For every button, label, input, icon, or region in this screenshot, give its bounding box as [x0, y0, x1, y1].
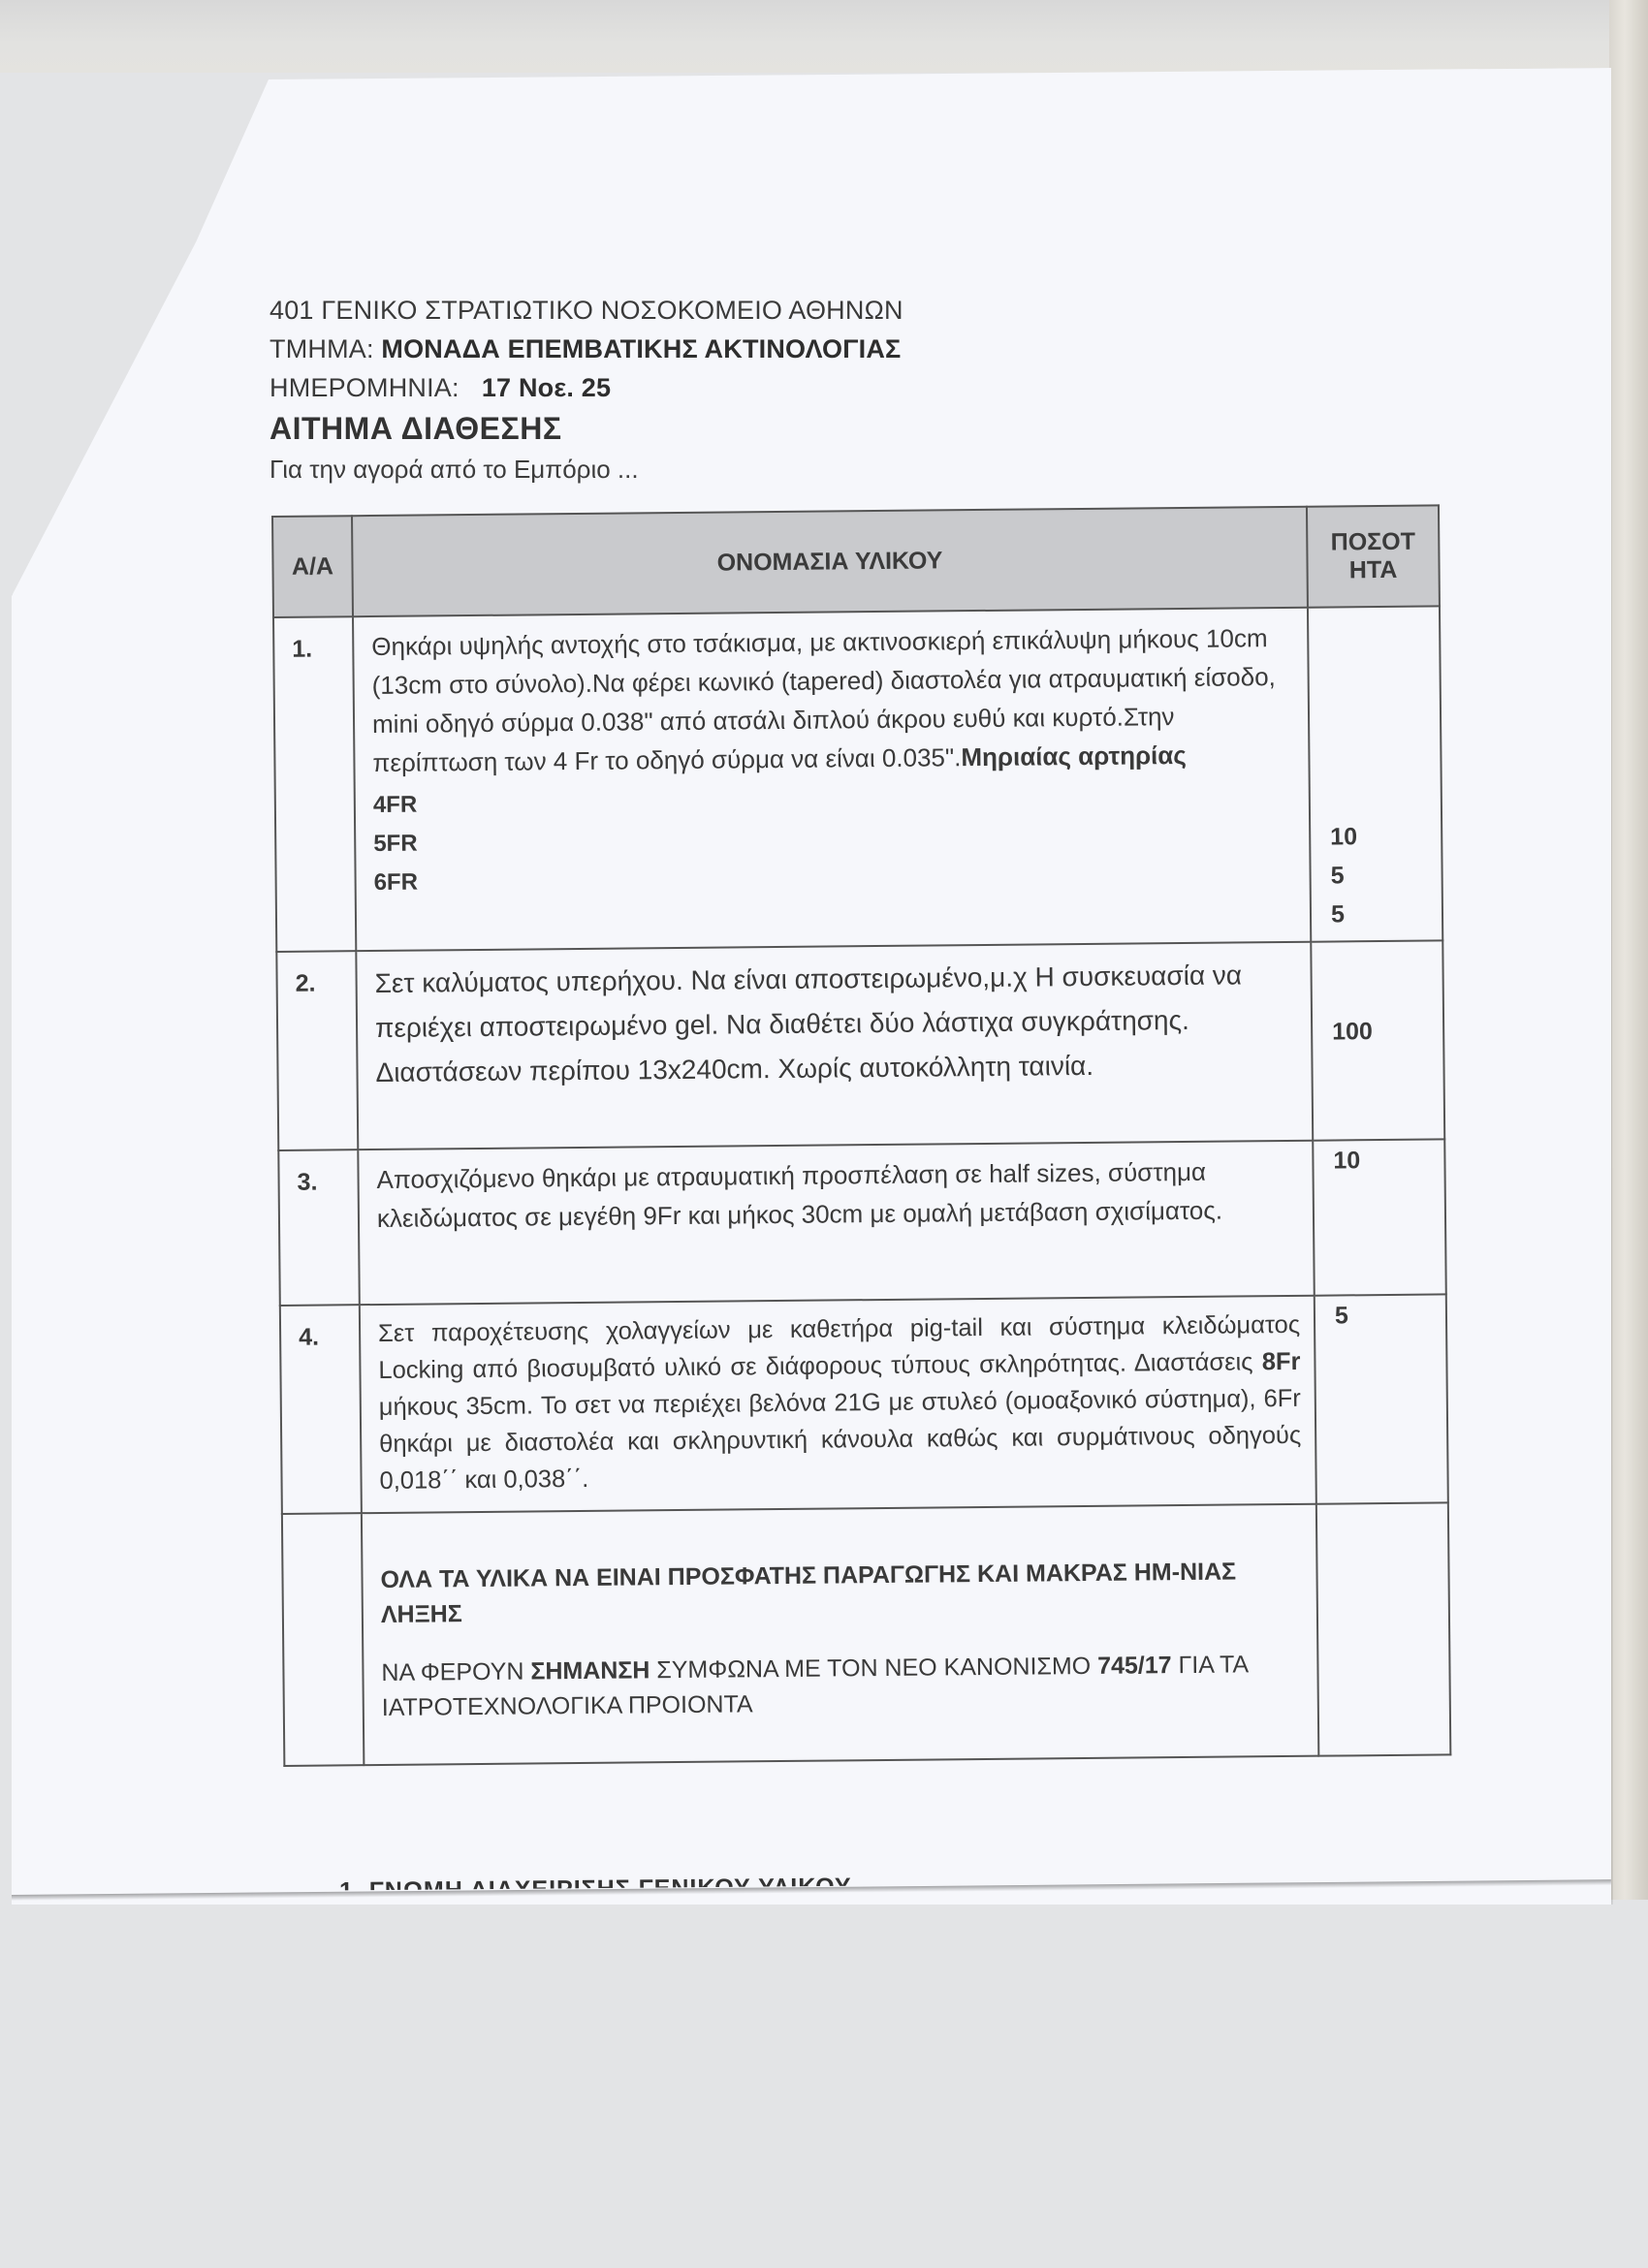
table-header-row: Α/Α ΟΝΟΜΑΣΙΑ ΥΛΙΚΟΥ ΠΟΣΟΤ ΗΤΑ	[272, 505, 1440, 617]
quantity-item: 5	[1331, 894, 1442, 933]
header-quantity-line2: ΗΤΑ	[1309, 555, 1437, 584]
description-bold: 8Fr	[1262, 1348, 1301, 1375]
document-header: 401 ΓΕΝΙΚΟ ΣΤΡΑΤΙΩΤΙΚΟ ΝΟΣΟΚΟΜΕΙΟ ΑΘΗΝΩΝ…	[269, 291, 903, 488]
table-row: 3. Αποσχιζόμενο θηκάρι με ατραυματική πρ…	[278, 1139, 1445, 1306]
document-subtitle: Για την αγορά από το Εμπόριο ...	[269, 450, 903, 488]
header-quantity-line1: ΠΟΣΟΤ	[1309, 527, 1437, 556]
labeling-note: ΝΑ ΦΕΡΟΥΝ ΣΗΜΑΝΣΗ ΣΥΜΦΩΝΑ ΜΕ ΤΟΝ ΝΕΟ ΚΑΝ…	[381, 1647, 1304, 1725]
table-row: 2. Σετ καλύματος υπερήχου. Να είναι αποσ…	[276, 940, 1444, 1150]
date-label: ΗΜΕΡΟΜΗΝΙΑ:	[269, 373, 460, 402]
description-text: μήκους 35cm. Το σετ να περιέχει βελόνα 2…	[379, 1385, 1302, 1495]
size-item: 6FR	[373, 855, 1295, 902]
scanner-background-top	[0, 0, 1648, 73]
date-line: ΗΜΕΡΟΜΗΝΙΑ: 17 Νοε. 25	[269, 368, 903, 407]
note-bold: 745/17	[1097, 1652, 1172, 1680]
table-row: 4. Σετ παροχέτευσης χολαγγείων με καθετή…	[280, 1294, 1448, 1514]
scanner-background-right	[1609, 0, 1648, 1900]
quantity-value: 100	[1332, 1017, 1442, 1046]
description-text: Σετ παροχέτευσης χολαγγείων με καθετήρα …	[378, 1311, 1300, 1384]
date-value: 17 Νοε. 25	[482, 373, 611, 402]
row-number: 4.	[280, 1305, 362, 1514]
row-description: Θηκάρι υψηλής αντοχής στο τσάκισμα, με α…	[353, 608, 1311, 951]
row-quantity: 5	[1315, 1294, 1448, 1503]
row-number: 1.	[273, 616, 356, 952]
notes-row: ΟΛΑ ΤΑ ΥΛΙΚΑ ΝΑ ΕΙΝΑΙ ΠΡΟΣΦΑΤΗΣ ΠΑΡΑΓΩΓΗ…	[282, 1502, 1450, 1766]
row-description: Σετ καλύματος υπερήχου. Να είναι αποστει…	[356, 942, 1313, 1150]
row-quantity: 10	[1313, 1139, 1446, 1295]
row-description: Σετ παροχέτευσης χολαγγείων με καθετήρα …	[360, 1296, 1316, 1513]
department-label: ΤΜΗΜΑ:	[269, 334, 374, 363]
size-list: 4FR 5FR 6FR	[373, 777, 1296, 902]
row-number: 3.	[278, 1150, 360, 1306]
table-row: 1. Θηκάρι υψηλής αντοχής στο τσάκισμα, μ…	[273, 606, 1442, 952]
header-aa: Α/Α	[272, 516, 353, 617]
materials-table: Α/Α ΟΝΟΜΑΣΙΑ ΥΛΙΚΟΥ ΠΟΣΟΤ ΗΤΑ 1. Θηκάρι …	[271, 504, 1451, 1767]
note-bold: ΣΗΜΑΝΣΗ	[530, 1656, 650, 1685]
department-line: ΤΜΗΜΑ: ΜΟΝΑΔΑ ΕΠΕΜΒΑΤΙΚΗΣ ΑΚΤΙΝΟΛΟΓΙΑΣ	[269, 330, 903, 368]
description-bold: Μηριαίας αρτηρίας	[961, 740, 1187, 772]
department-name: ΜΟΝΑΔΑ ΕΠΕΜΒΑΤΙΚΗΣ ΑΚΤΙΝΟΛΟΓΙΑΣ	[381, 334, 901, 363]
quantity-item: 10	[1330, 816, 1441, 856]
notes-cell: ΟΛΑ ΤΑ ΥΛΙΚΑ ΝΑ ΕΙΝΑΙ ΠΡΟΣΦΑΤΗΣ ΠΑΡΑΓΩΓΗ…	[362, 1504, 1318, 1765]
header-material-name: ΟΝΟΜΑΣΙΑ ΥΛΙΚΟΥ	[352, 507, 1308, 616]
document-title: ΑΙΤΗΜΑ ΔΙΑΘΕΣΗΣ	[269, 407, 903, 450]
hospital-name: 401 ΓΕΝΙΚΟ ΣΤΡΑΤΙΩΤΙΚΟ ΝΟΣΟΚΟΜΕΙΟ ΑΘΗΝΩΝ	[269, 291, 903, 330]
quantity-item: 5	[1330, 855, 1441, 895]
notes-aa-empty	[282, 1513, 364, 1766]
header-quantity: ΠΟΣΟΤ ΗΤΑ	[1307, 505, 1440, 607]
notes-qty-empty	[1316, 1502, 1450, 1755]
note-text: ΣΥΜΦΩΝΑ ΜΕ ΤΟΝ ΝΕΟ ΚΑΝΟΝΙΣΜΟ	[650, 1653, 1097, 1684]
note-text: ΝΑ ΦΕΡΟΥΝ	[381, 1657, 530, 1685]
row-description: Αποσχιζόμενο θηκάρι με ατραυματική προσπ…	[358, 1141, 1314, 1305]
row-quantity: 10 5 5	[1308, 606, 1442, 941]
row-quantity: 100	[1311, 940, 1444, 1140]
row-number: 2.	[276, 951, 358, 1150]
freshness-note: ΟΛΑ ΤΑ ΥΛΙΚΑ ΝΑ ΕΙΝΑΙ ΠΡΟΣΦΑΤΗΣ ΠΑΡΑΓΩΓΗ…	[380, 1554, 1303, 1632]
